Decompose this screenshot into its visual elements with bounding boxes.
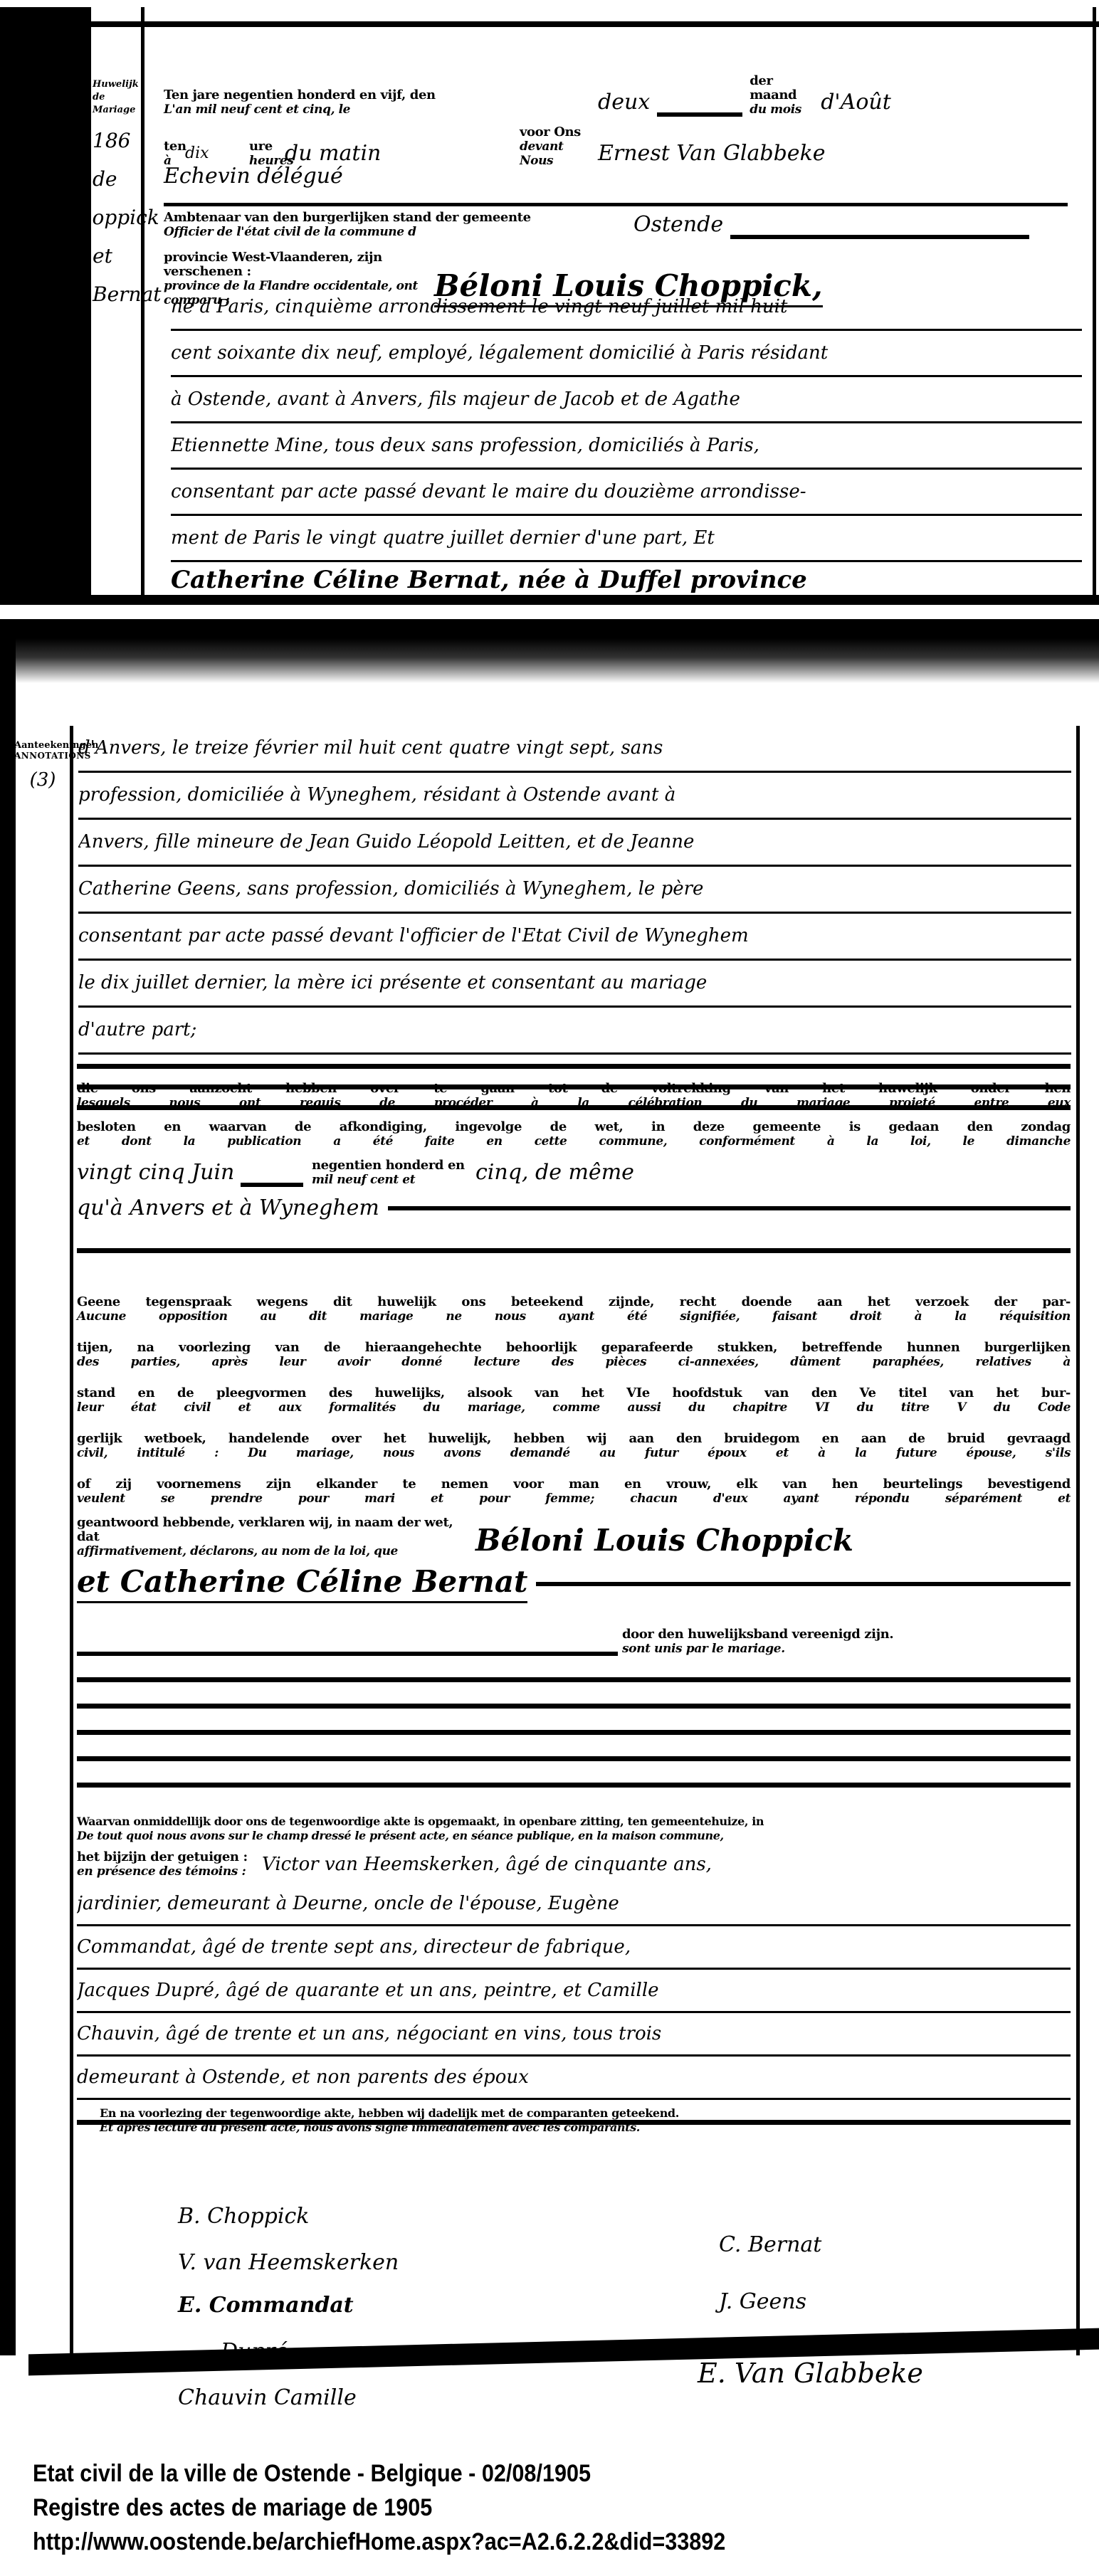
witnesses-label-fr: en présence des témoins : <box>77 1864 262 1879</box>
margin-name: Bernat <box>93 280 140 309</box>
year-label-fr: mil neuf cent et <box>312 1173 475 1187</box>
declaration-line: geantwoord hebbende, verklaren wij, in n… <box>77 1516 1071 1558</box>
witness-intro-nl: Waarvan onmiddellijk door ons de tegenwo… <box>77 1815 1071 1829</box>
handwritten-line: à Ostende, avant à Anvers, fils majeur d… <box>171 377 1082 423</box>
fill-line <box>77 1248 1071 1253</box>
clause: tijen, na voorlezing van de hieraangehec… <box>77 1341 1071 1369</box>
clause-nl: gerlijk wetboek, handelende over het huw… <box>77 1432 1071 1446</box>
clause: stand en de pleegvormen des huwelijks, a… <box>77 1386 1071 1415</box>
clause-nl: stand en de pleegvormen des huwelijks, a… <box>77 1386 1071 1400</box>
fill-line <box>77 1704 1071 1709</box>
signature: C. Bernat <box>698 2220 1053 2270</box>
act-number: 186 <box>93 127 140 155</box>
closing-fr: Et après lecture du présent acte, nous a… <box>100 2121 989 2135</box>
declaration-label-nl: geantwoord hebbende, verklaren wij, in n… <box>77 1516 475 1544</box>
handwritten-line: Catherine Geens, sans profession, domici… <box>78 867 1071 914</box>
publication-text-fr: lesquels nous ont requis de procéder à l… <box>77 1096 1071 1110</box>
handwritten-line: Chauvin, âgé de trente et un ans, négoci… <box>77 2013 1071 2057</box>
clause-fr: Aucune opposition au dit mariage ne nous… <box>77 1309 1071 1324</box>
margin-label-fr: de Mariage <box>93 91 140 117</box>
margin-name: Choppick <box>64 204 140 232</box>
officer-name: Ernest Van Glabbeke <box>598 139 826 168</box>
witnesses-label-nl: het bijzijn der getuigen : <box>77 1850 262 1864</box>
ure-label: ure <box>249 139 285 154</box>
publication-places: qu'à Anvers et à Wyneghem <box>77 1194 379 1223</box>
publication-year: cinq, de même <box>475 1158 634 1187</box>
publication-section: die ons aanzocht hebben over te gaan tot… <box>77 1082 1071 1260</box>
witness-first: Victor van Heemskerken, âgé de cinquante… <box>262 1850 712 1879</box>
fill-line <box>657 112 742 117</box>
witness-section: Waarvan onmiddellijk door ons de tegenwo… <box>77 1815 1071 2132</box>
groom-details: né à Paris, cinquième arrondissement le … <box>171 285 1082 600</box>
province-label-nl: provincie West-Vlaanderen, zijn verschen… <box>164 250 434 279</box>
fill-line <box>730 235 1029 239</box>
signatures-left: B. Choppick V. van Heemskerken E. Comman… <box>178 2192 577 2419</box>
signature: Chauvin Camille <box>178 2377 577 2419</box>
handwritten-line: Jacques Dupré, âgé de quarante et un ans… <box>77 1970 1071 2013</box>
fill-line <box>77 1730 1071 1735</box>
clause-fr: civil, intitulé : Du mariage, nous avons… <box>77 1446 1071 1460</box>
fill-line <box>77 1677 1071 1682</box>
handwritten-line: Anvers, fille mineure de Jean Guido Léop… <box>78 820 1071 867</box>
caption-title: Etat civil de la ville de Ostende - Belg… <box>33 2456 725 2491</box>
month-value: d'Août <box>821 88 891 117</box>
publication-text-nl: besloten en waarvan de afkondiging, inge… <box>77 1120 1071 1134</box>
signature: V. van Heemskerken <box>178 2242 577 2284</box>
clause-fr: des parties, après leur avoir donné lect… <box>77 1355 1071 1369</box>
fill-line <box>164 203 1068 206</box>
bride-name: et Catherine Céline Bernat <box>77 1564 527 1603</box>
fill-line <box>241 1183 303 1187</box>
fill-line <box>77 1064 1071 1069</box>
date-line: Ten jare negentien honderd en vijf, den … <box>164 74 1082 117</box>
clause-nl: tijen, na voorlezing van de hieraangehec… <box>77 1341 1071 1355</box>
handwritten-line: profession, domiciliée à Wyneghem, résid… <box>78 773 1071 820</box>
fill-line <box>388 1206 1071 1210</box>
handwritten-line: né à Paris, cinquième arrondissement le … <box>171 285 1082 331</box>
right-rule <box>1076 726 1080 2355</box>
clause-fr: veulent se prendre pour mari et pour fem… <box>77 1492 1071 1506</box>
handwritten-line: Commandat, âgé de trente sept ans, direc… <box>77 1926 1071 1970</box>
witness-intro-fr: De tout quoi nous avons sur le champ dre… <box>77 1829 1071 1843</box>
fill-line <box>77 1783 1071 1788</box>
witness-details: jardinier, demeurant à Deurne, oncle de … <box>77 1883 1071 2100</box>
day-value: deux <box>598 88 650 117</box>
month-label-nl: der maand <box>750 74 821 102</box>
publication-date: vingt cinq Juin <box>77 1158 241 1187</box>
united-label-nl: door den huwelijksband vereenigd zijn. <box>622 1627 893 1642</box>
commune-value: Ostende <box>633 211 723 239</box>
bride-details: d'Anvers, le treize février mil huit cen… <box>78 726 1071 1055</box>
clause-nl: Geene tegenspraak wegens dit huwelijk on… <box>77 1295 1071 1309</box>
clause: of zij voornemens zijn elkander te nemen… <box>77 1477 1071 1506</box>
annotations-column: Aanteekeningen ANNOTATIONS (3) <box>14 740 71 791</box>
caption-url: http://www.oostende.be/archiefHome.aspx?… <box>33 2525 725 2559</box>
annotation-mark: (3) <box>14 769 71 791</box>
month-label-fr: du mois <box>750 102 821 117</box>
margin-label-nl: Huwelijk <box>93 78 140 91</box>
handwritten-line: d'autre part; <box>78 1008 1071 1055</box>
handwritten-line: d'Anvers, le treize février mil huit cen… <box>78 726 1071 773</box>
handwritten-line: consentant par acte passé devant l'offic… <box>78 914 1071 961</box>
year-label-nl: negentien honderd en <box>312 1158 475 1173</box>
handwritten-line: le dix juillet dernier, la mère ici prés… <box>78 961 1071 1008</box>
closing-section: En na voorlezing der tegenwoordige akte,… <box>100 2106 989 2135</box>
legal-clauses: Geene tegenspraak wegens dit huwelijk on… <box>77 1295 1071 1795</box>
publication-text-nl: die ons aanzocht hebben over te gaan tot… <box>77 1082 1071 1096</box>
clause: gerlijk wetboek, handelende over het huw… <box>77 1432 1071 1460</box>
register-page-1: Huwelijk de Mariage 186 de Choppick et B… <box>0 0 1099 605</box>
officer-label-nl: Ambtenaar van den burgerlijken stand der… <box>164 211 633 225</box>
annotations-label-nl: Aanteekeningen <box>14 740 71 751</box>
officer-role: Echevin délégué <box>164 162 343 191</box>
register-page-2: Aanteekeningen ANNOTATIONS (3) d'Anvers,… <box>0 619 1099 2355</box>
fill-line <box>77 1756 1071 1761</box>
scan-top-shadow <box>0 619 1099 683</box>
date-label-fr: L'an mil neuf cent et cinq, le <box>164 102 441 117</box>
clause-nl: of zij voornemens zijn elkander te nemen… <box>77 1477 1071 1492</box>
closing-nl: En na voorlezing der tegenwoordige akte,… <box>100 2106 989 2121</box>
signature: B. Choppick <box>178 2192 577 2242</box>
declaration-label-fr: affirmativement, déclarons, au nom de la… <box>77 1544 475 1558</box>
handwritten-line: cent soixante dix neuf, employé, légalem… <box>171 331 1082 377</box>
margin-name: de <box>93 165 140 194</box>
publication-text-fr: et dont la publication a été faite en ce… <box>77 1134 1071 1149</box>
scan-edge-shadow <box>0 7 91 605</box>
groom-name: Béloni Louis Choppick <box>475 1523 853 1558</box>
margin-rule <box>70 726 73 2355</box>
right-rule <box>1093 7 1096 598</box>
caption-register: Registre des actes de mariage de 1905 <box>33 2491 725 2525</box>
date-label-nl: Ten jare negentien honderd en vijf, den <box>164 88 441 102</box>
clause-fr: leur état civil et aux formalités du mar… <box>77 1400 1071 1415</box>
fill-line <box>77 1652 618 1656</box>
ten-label: ten <box>164 139 185 154</box>
signatures-right: C. Bernat J. Geens E. Van Glabbeke <box>698 2220 1053 2412</box>
margin-name: et <box>93 242 140 270</box>
united-label-fr: sont unis par le mariage. <box>622 1642 893 1656</box>
handwritten-line: ment de Paris le vingt quatre juillet de… <box>171 516 1082 562</box>
scan-edge-shadow <box>0 619 16 2355</box>
devant-label: devant Nous <box>520 139 598 168</box>
top-rule <box>91 21 1099 27</box>
officer-label-fr: Officier de l'état civil de la commune d <box>164 225 633 239</box>
signature: J. Geens <box>698 2270 1053 2334</box>
hour-line: ten à dix ure heures du matin voor Ons d… <box>164 125 1082 168</box>
clause: Geene tegenspraak wegens dit huwelijk on… <box>77 1295 1071 1324</box>
handwritten-line: consentant par acte passé devant le mair… <box>171 470 1082 516</box>
signature: E. Commandat <box>178 2284 577 2327</box>
handwritten-line: Etiennette Mine, tous deux sans professi… <box>171 423 1082 470</box>
voor-label: voor Ons <box>520 125 598 139</box>
page-edge-shadow <box>0 595 1099 605</box>
fill-line <box>536 1582 1071 1586</box>
margin-column: Huwelijk de Mariage 186 de Choppick et B… <box>93 78 140 309</box>
officer-line: Ambtenaar van den burgerlijken stand der… <box>164 211 1082 239</box>
handwritten-line: demeurant à Ostende, et non parents des … <box>77 2057 1071 2100</box>
annotations-label-fr: ANNOTATIONS <box>14 751 71 761</box>
source-caption: Etat civil de la ville de Ostende - Belg… <box>33 2456 725 2559</box>
handwritten-line: jardinier, demeurant à Deurne, oncle de … <box>77 1883 1071 1926</box>
